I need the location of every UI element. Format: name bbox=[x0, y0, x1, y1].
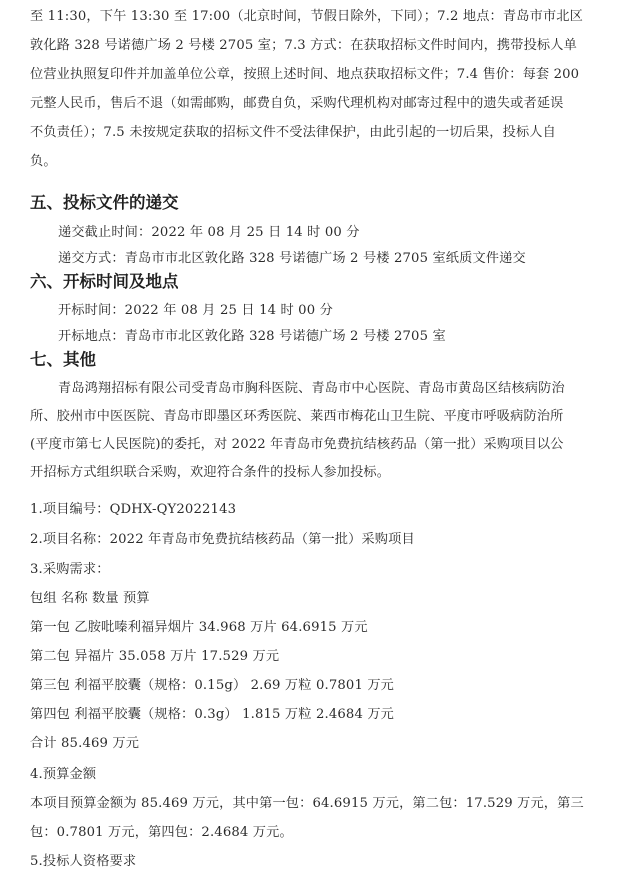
package-row: 第三包 利福平胶囊（规格：0.15g） 2.69 万粒 0.7801 万元 bbox=[30, 677, 394, 695]
project-name: 2.项目名称：2022 年青岛市免费抗结核药品（第一批）采购项目 bbox=[30, 531, 415, 549]
paragraph-line: 至 11:30，下午 13:30 至 17:00（北京时间，节假日除外，下同）；… bbox=[30, 8, 583, 26]
section-heading-submission: 五、投标文件的递交 bbox=[30, 193, 179, 213]
package-row: 第四包 利福平胶囊（规格：0.3g） 1.815 万粒 2.4684 万元 bbox=[30, 706, 394, 724]
opening-location: 开标地点：青岛市市北区敦化路 328 号诺德广场 2 号楼 2705 室 bbox=[58, 328, 446, 346]
intro-line: 青岛鸿翔招标有限公司受青岛市胸科医院、青岛市中心医院、青岛市黄岛区结核病防治 bbox=[58, 380, 565, 398]
section-heading-other: 七、其他 bbox=[30, 350, 96, 370]
paragraph-line: 敦化路 328 号诺德广场 2 号楼 2705 室；7.3 方式：在获取招标文件… bbox=[30, 37, 577, 55]
qualification-title: 5.投标人资格要求 bbox=[30, 853, 136, 871]
package-row: 第一包 乙胺吡嗪利福异烟片 34.968 万片 64.6915 万元 bbox=[30, 619, 368, 637]
budget-text-line: 包：0.7801 万元，第四包：2.4684 万元。 bbox=[30, 824, 293, 842]
requirements-title: 3.采购需求： bbox=[30, 561, 110, 579]
intro-line: 所、胶州市中医医院、青岛市即墨区环秀医院、莱西市梅花山卫生院、平度市呼吸病防治所 bbox=[30, 408, 564, 426]
intro-line: (平度市第七人民医院)的委托，对 2022 年青岛市免费抗结核药品（第一批）采购… bbox=[30, 436, 564, 454]
section-heading-opening: 六、开标时间及地点 bbox=[30, 272, 179, 292]
paragraph-line: 负。 bbox=[30, 153, 57, 171]
table-header: 包组 名称 数量 预算 bbox=[30, 590, 150, 608]
project-number: 1.项目编号：QDHX-QY2022143 bbox=[30, 501, 236, 519]
paragraph-line: 不负责任）；7.5 未按规定获取的招标文件不受法律保护，由此引起的一切后果，投标… bbox=[30, 124, 556, 142]
paragraph-line: 位营业执照复印件并加盖单位公章，按照上述时间、地点获取招标文件；7.4 售价：每… bbox=[30, 66, 579, 84]
paragraph-line: 元整人民币，售后不退（如需邮购，邮费自负，采购代理机构对邮寄过程中的遗失或者延误 bbox=[30, 95, 564, 113]
submission-method: 递交方式：青岛市市北区敦化路 328 号诺德广场 2 号楼 2705 室纸质文件… bbox=[58, 250, 526, 268]
budget-text-line: 本项目预算金额为 85.469 万元，其中第一包：64.6915 万元，第二包：… bbox=[30, 795, 584, 813]
submission-deadline: 递交截止时间：2022 年 08 月 25 日 14 时 00 分 bbox=[58, 224, 360, 242]
budget-title: 4.预算金额 bbox=[30, 766, 96, 784]
package-row: 第二包 异福片 35.058 万片 17.529 万元 bbox=[30, 648, 279, 666]
opening-time: 开标时间：2022 年 08 月 25 日 14 时 00 分 bbox=[58, 302, 333, 320]
budget-total: 合计 85.469 万元 bbox=[30, 735, 139, 753]
intro-line: 开招标方式组织联合采购，欢迎符合条件的投标人参加投标。 bbox=[30, 464, 390, 482]
